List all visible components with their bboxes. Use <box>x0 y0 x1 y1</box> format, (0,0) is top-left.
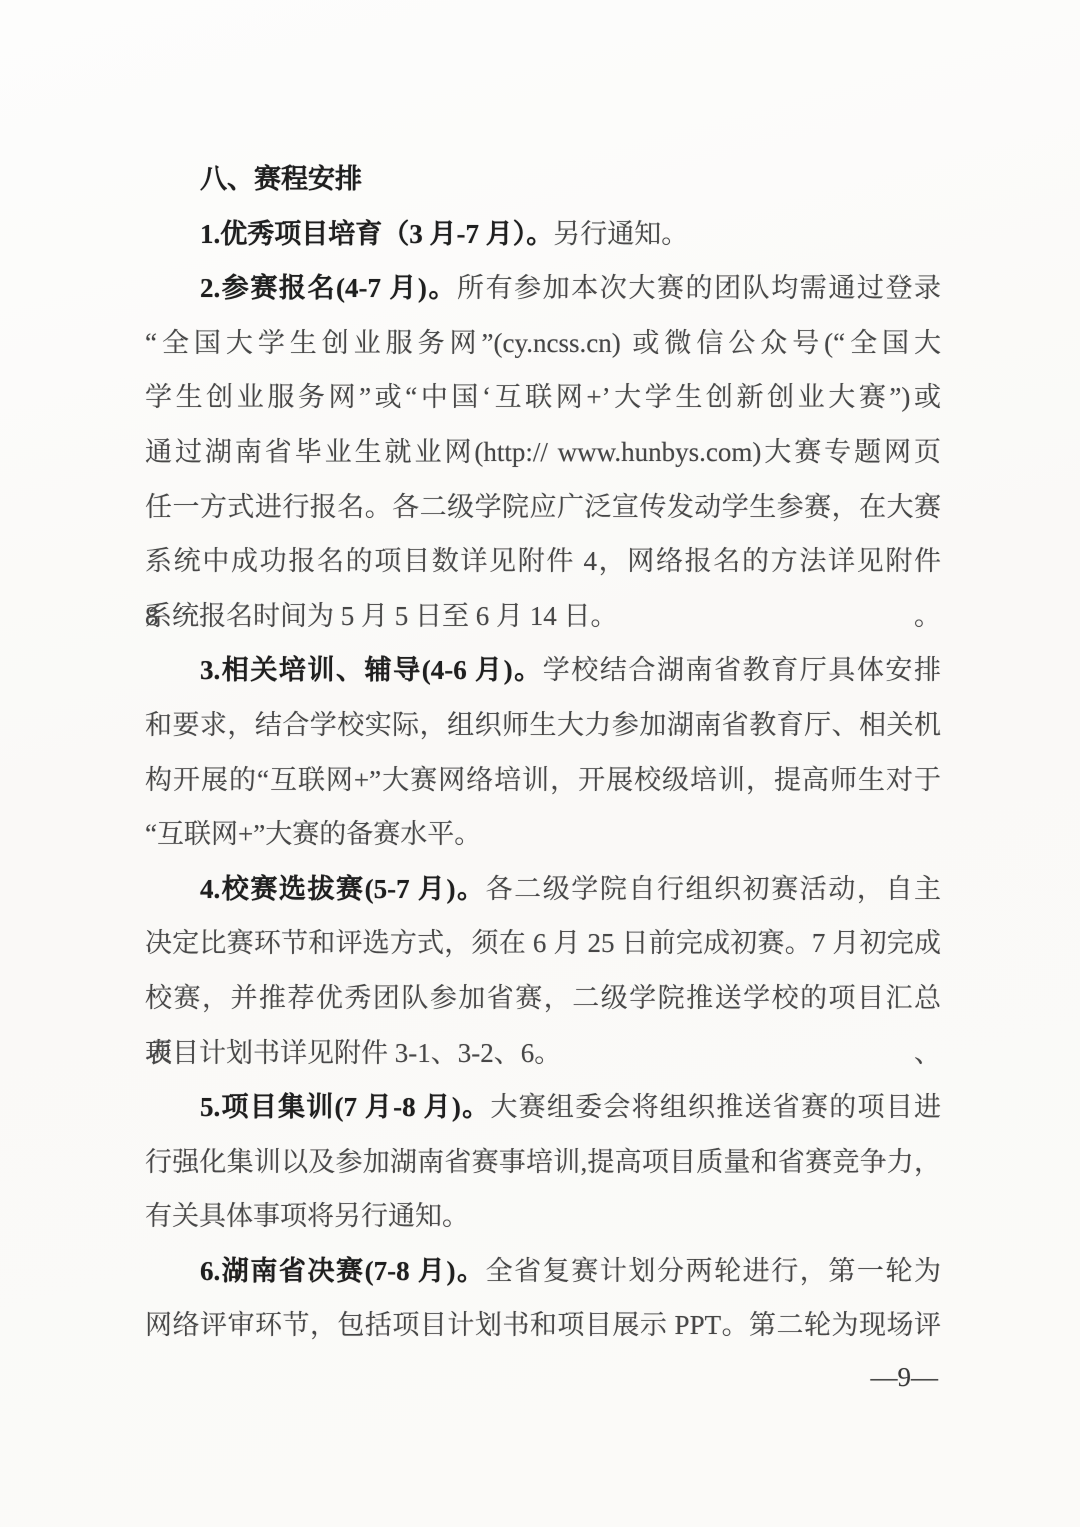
text-segment: 行强化集训以及参加湖南省赛事培训,提高项目质量和省赛竞争力， <box>145 1147 941 1177</box>
text-line: 行强化集训以及参加湖南省赛事培训,提高项目质量和省赛竞争力， <box>145 1135 941 1190</box>
page-number: —9— <box>871 1360 939 1394</box>
emphasized-text-segment: 6.湖南省决赛(7-8 月)。 <box>200 1256 486 1286</box>
text-segment: 全省复赛计划分两轮进行，第一轮为 <box>486 1256 941 1286</box>
text-segment: 网络评审环节，包括项目计划书和项目展示 PPT。第二轮为现场评 <box>145 1310 941 1340</box>
text-line: 构开展的“互联网+”大赛网络培训，开展校级培训，提高师生对于 <box>145 753 941 808</box>
text-segment: 和要求，结合学校实际，组织师生大力参加湖南省教育厅、相关机 <box>145 710 941 740</box>
text-line: 6.湖南省决赛(7-8 月)。全省复赛计划分两轮进行，第一轮为 <box>145 1244 941 1299</box>
text-line: 通过湖南省毕业生就业网(http:// www.hunbys.com)大赛专题网… <box>145 425 941 480</box>
text-line: 5.项目集训(7 月-8 月)。大赛组委会将组织推送省赛的项目进 <box>145 1080 941 1135</box>
text-segment: 决定比赛环节和评选方式，须在 6 月 25 日前完成初赛。7 月初完成 <box>145 928 941 958</box>
text-segment: 大赛组委会将组织推送省赛的项目进 <box>490 1092 941 1122</box>
text-line: 有关具体事项将另行通知。 <box>145 1189 941 1244</box>
text-segment: 所有参加本次大赛的团队均需通过登录 <box>457 273 941 303</box>
text-line: 决定比赛环节和评选方式，须在 6 月 25 日前完成初赛。7 月初完成 <box>145 916 941 971</box>
text-segment: “全国大学生创业服务网”(cy.ncss.cn) 或微信公众号(“全国大 <box>145 328 941 358</box>
text-line: 3.相关培训、辅导(4-6 月)。学校结合湖南省教育厅具体安排 <box>145 643 941 698</box>
text-line: 2.参赛报名(4-7 月)。所有参加本次大赛的团队均需通过登录 <box>145 261 941 316</box>
text-line: 和要求，结合学校实际，组织师生大力参加湖南省教育厅、相关机 <box>145 698 941 753</box>
emphasized-text-segment: 5.项目集训(7 月-8 月)。 <box>200 1092 490 1122</box>
text-line: 4.校赛选拔赛(5-7 月)。各二级学院自行组织初赛活动，自主 <box>145 862 941 917</box>
emphasized-text-segment: 1.优秀项目培育（3 月-7 月）。 <box>200 219 553 249</box>
text-line: 任一方式进行报名。各二级学院应广泛宣传发动学生参赛，在大赛 <box>145 480 941 535</box>
text-line: 系统中成功报名的项目数详见附件 4，网络报名的方法详见附件 8。 <box>145 534 941 589</box>
text-segment: 另行通知。 <box>553 219 688 249</box>
text-line: 网络评审环节，包括项目计划书和项目展示 PPT。第二轮为现场评 <box>145 1298 941 1353</box>
text-segment: 项目计划书详见附件 3-1、3-2、6。 <box>145 1038 561 1068</box>
emphasized-text-segment: 3.相关培训、辅导(4-6 月)。 <box>200 655 543 685</box>
text-segment: 构开展的“互联网+”大赛网络培训，开展校级培训，提高师生对于 <box>145 765 941 795</box>
document-page: 八、赛程安排1.优秀项目培育（3 月-7 月）。另行通知。2.参赛报名(4-7 … <box>0 0 1080 1527</box>
text-segment: “互联网+”大赛的备赛水平。 <box>145 819 481 849</box>
text-segment: 系统报名时间为 5 月 5 日至 6 月 14 日。 <box>145 601 618 631</box>
text-segment: 有关具体事项将另行通知。 <box>145 1201 469 1231</box>
emphasized-text-segment: 2.参赛报名(4-7 月)。 <box>200 273 457 303</box>
text-line: 学生创业服务网”或“中国‘互联网+’大学生创新创业大赛”)或 <box>145 370 941 425</box>
text-segment: 通过湖南省毕业生就业网(http:// www.hunbys.com)大赛专题网… <box>145 437 941 467</box>
section-title: 八、赛程安排 <box>145 152 941 207</box>
text-line: “互联网+”大赛的备赛水平。 <box>145 807 941 862</box>
text-segment: 学校结合湖南省教育厅具体安排 <box>543 655 941 685</box>
document-body: 八、赛程安排1.优秀项目培育（3 月-7 月）。另行通知。2.参赛报名(4-7 … <box>145 152 941 1353</box>
text-segment: 各二级学院自行组织初赛活动，自主 <box>486 874 941 904</box>
emphasized-text-segment: 4.校赛选拔赛(5-7 月)。 <box>200 874 486 904</box>
text-line: “全国大学生创业服务网”(cy.ncss.cn) 或微信公众号(“全国大 <box>145 316 941 371</box>
text-line: 校赛，并推荐优秀团队参加省赛，二级学院推送学校的项目汇总表、 <box>145 971 941 1026</box>
text-segment: 学生创业服务网”或“中国‘互联网+’大学生创新创业大赛”)或 <box>145 382 941 412</box>
text-segment: 任一方式进行报名。各二级学院应广泛宣传发动学生参赛，在大赛 <box>145 492 941 522</box>
emphasized-text-segment: 八、赛程安排 <box>200 164 362 194</box>
text-line: 1.优秀项目培育（3 月-7 月）。另行通知。 <box>145 207 941 262</box>
